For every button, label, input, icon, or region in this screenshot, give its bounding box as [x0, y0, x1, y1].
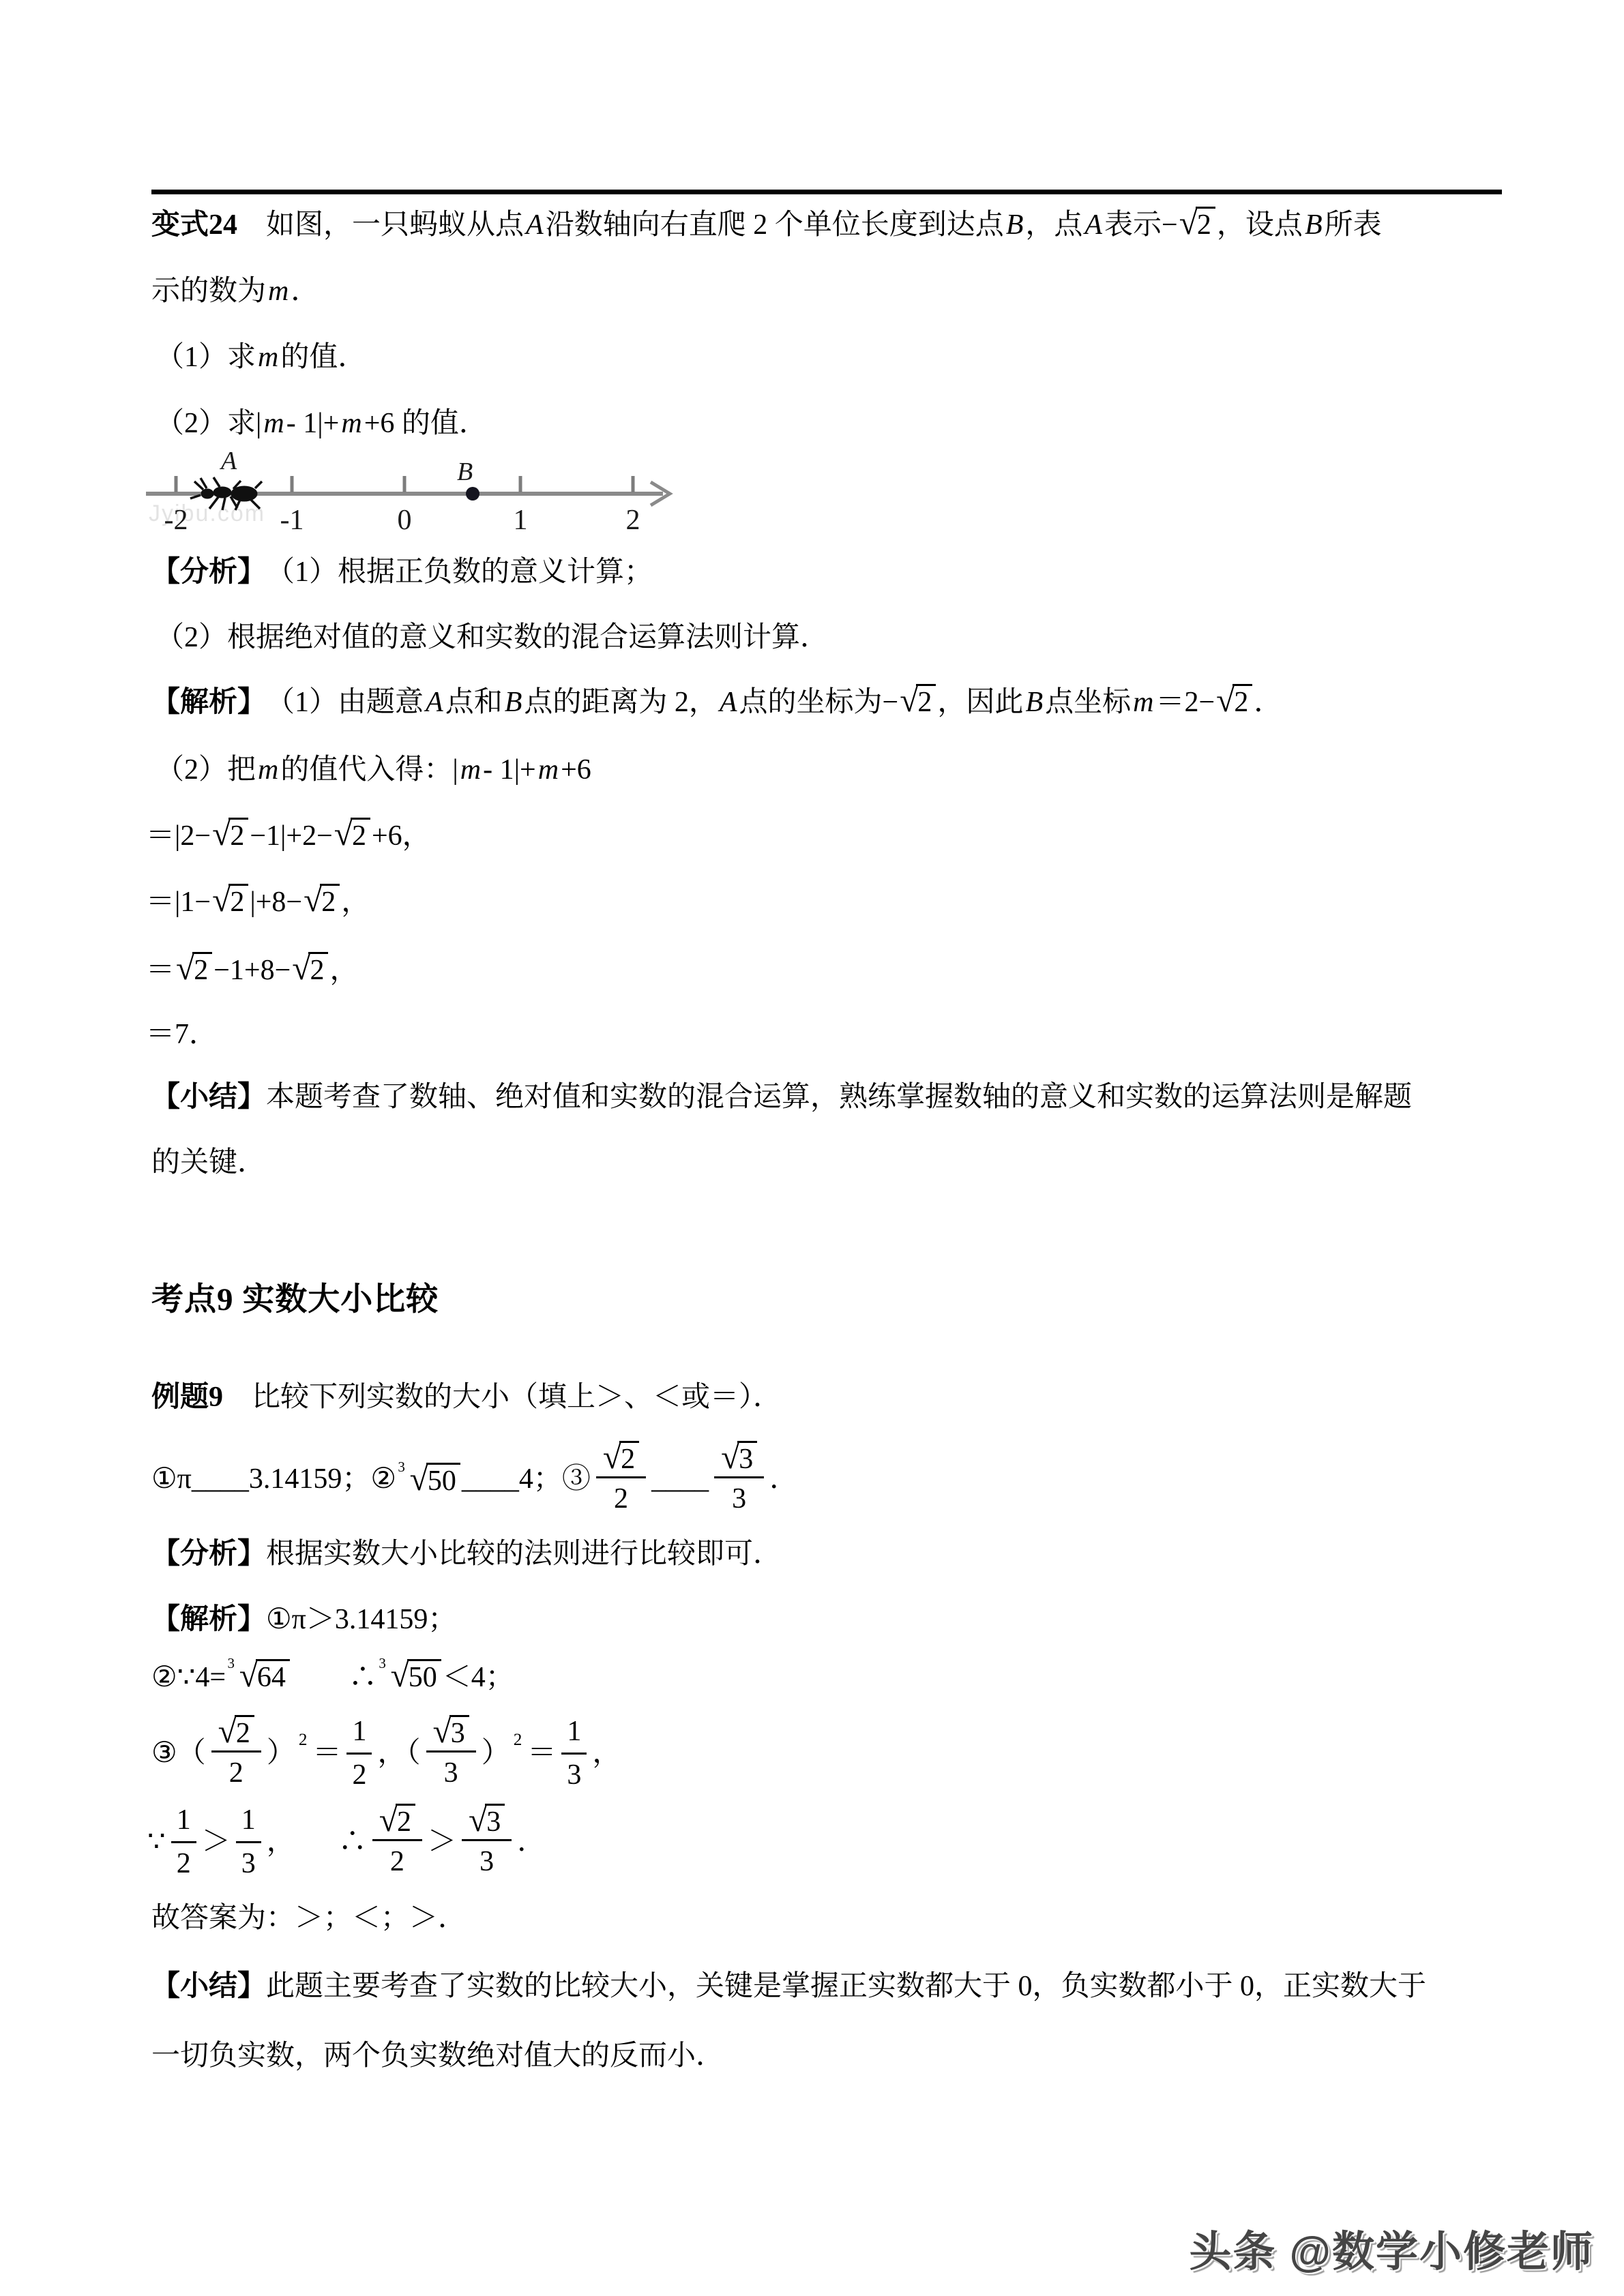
radicand: 2 [308, 952, 328, 985]
radicand: 2 [396, 1804, 415, 1837]
radical-sign: √ [334, 817, 353, 851]
cbrt-index: 3 [227, 1656, 235, 1671]
fraction: 12 [346, 1713, 372, 1793]
bold-text: 【分析】 [151, 1536, 266, 1573]
sqrt-expression: √3 [721, 1440, 757, 1474]
document-page: 变式24 如图，一只蚂蚁从点 A 沿数轴向右直爬 2 个单位长度到达点 B，点 … [0, 0, 1624, 2296]
example-9-statement: 例题9 比较下列实数的大小（填上＞、＜或＝）． [151, 1379, 782, 1416]
denominator: 2 [352, 1755, 366, 1794]
section-heading: 考点9 实数大小比较 [151, 1279, 439, 1321]
fraction: √33 [426, 1714, 476, 1792]
sqrt-expression: √3 [433, 1714, 469, 1748]
solution-9-part3b: ∵12＞13， ∴√22＞√33． [147, 1802, 546, 1882]
sqrt-expression: √2 [176, 951, 212, 985]
example-9-problems: ①π____3.14159；②3√50____4；③√22____√33． [151, 1440, 798, 1518]
bold-text: 例题9 [151, 1379, 223, 1416]
question-1: （1）求 m 的值． [156, 339, 366, 376]
radical-sign: √ [304, 883, 322, 917]
radicand: 2 [619, 1441, 639, 1474]
radicand: 2 [1196, 207, 1215, 240]
numerator: 1 [236, 1802, 261, 1843]
bold-text: 【小结】 [151, 1079, 266, 1116]
summary-line-1: 【小结】本题考查了数轴、绝对值和实数的混合运算，熟练掌握数轴的意义和实数的运算法… [151, 1079, 1412, 1116]
cbrt-expression: 3√50 [379, 1658, 441, 1693]
fraction: 13 [236, 1802, 261, 1882]
summary-9-line-1: 【小结】此题主要考查了实数的比较大小，关键是掌握正实数都大于 0，负实数都小于 … [151, 1968, 1426, 2006]
sqrt-expression: √2 [304, 883, 340, 917]
tick-label: 2 [626, 505, 640, 536]
radicand: 2 [916, 684, 936, 717]
numerator: 1 [171, 1802, 196, 1843]
radical-sign: √ [603, 1440, 621, 1474]
denominator: 3 [732, 1478, 746, 1518]
sqrt-expression: √2 [212, 883, 248, 917]
radical-sign: √ [469, 1803, 487, 1837]
analysis-9: 【分析】根据实数大小比较的法则进行比较即可． [151, 1536, 782, 1573]
sqrt-expression: √2 [334, 817, 370, 851]
superscript: 2 [299, 1713, 308, 1752]
radicand: 3 [449, 1715, 469, 1748]
radical-sign: √ [721, 1440, 739, 1474]
calc-result: ＝7． [146, 1016, 218, 1054]
fraction: 13 [561, 1713, 587, 1793]
radical-sign: √ [239, 1658, 258, 1693]
denominator: 2 [390, 1841, 404, 1881]
italic-variable: m [266, 273, 291, 310]
radicand: 50 [407, 1659, 441, 1693]
denominator: 2 [614, 1478, 628, 1518]
fraction: √33 [462, 1803, 512, 1881]
numerator: 1 [561, 1713, 587, 1755]
sqrt-expression: √2 [900, 683, 936, 717]
italic-variable: B [1303, 207, 1325, 244]
solution-9-part3a: ③（√22）2＝12，（√33）2＝13， [151, 1713, 621, 1793]
analysis-line-1: 【分析】（1）根据正负数的意义计算； [151, 554, 653, 591]
point-b-dot [466, 487, 479, 501]
denominator: 3 [567, 1755, 581, 1794]
cbrt-expression: 3√50 [398, 1462, 460, 1496]
tick-label: 1 [514, 505, 528, 536]
numerator: √3 [714, 1440, 764, 1478]
question-2: （2）求|m - 1|+m+6 的值． [156, 405, 488, 443]
radicand: 2 [320, 884, 340, 917]
sqrt-expression: √2 [1179, 206, 1215, 240]
radicand: 3 [485, 1804, 505, 1837]
solution-9-part1: 【解析】①π＞3.14159； [151, 1601, 456, 1639]
radical-sign: √ [176, 951, 194, 985]
fraction: √22 [211, 1714, 261, 1792]
numerator: √3 [426, 1714, 476, 1753]
radical-sign: √ [900, 683, 918, 717]
top-rule [151, 190, 1502, 194]
sqrt-expression: √2 [218, 1714, 254, 1748]
tick-label: -2 [164, 505, 188, 536]
number-line-figure: Jyibu.com -2 -1 0 1 2 A B [145, 445, 690, 543]
radicand: 2 [1232, 684, 1252, 717]
radical-sign: √ [391, 1658, 409, 1693]
italic-variable: A [524, 207, 546, 244]
numerator: √2 [596, 1440, 646, 1478]
numerator: √2 [211, 1714, 261, 1753]
fraction: √22 [372, 1803, 422, 1881]
fraction: √22 [596, 1440, 646, 1518]
summary-line-2: 的关键． [151, 1144, 266, 1182]
radical-sign: √ [212, 817, 231, 851]
radicand: 2 [228, 884, 248, 917]
sqrt-expression: √2 [212, 817, 248, 851]
solution-line-2: （2）把 m 的值代入得：|m - 1|+m+6 [156, 751, 591, 789]
radical-sign: √ [212, 883, 231, 917]
sqrt-expression: √2 [292, 951, 328, 985]
numerator: 1 [346, 1713, 372, 1755]
tick-label: -1 [280, 505, 304, 536]
bold-text: 【解析】 [151, 1601, 266, 1639]
italic-variable: m [536, 751, 561, 789]
radical-sign: √ [379, 1803, 398, 1837]
cbrt-expression: 3√64 [227, 1658, 290, 1693]
calc-step-3: ＝√2−1+8−√2， [146, 951, 359, 989]
solution-line-1: 【解析】（1）由题意 A 点和 B 点的距离为 2，A 点的坐标为−√2，因此 … [151, 683, 1282, 721]
italic-variable: m [1131, 684, 1155, 721]
radical-sign: √ [433, 1714, 452, 1748]
numerator: √3 [462, 1803, 512, 1841]
analysis-line-2: （2）根据绝对值的意义和实数的混合运算法则计算． [156, 619, 829, 657]
fraction: 12 [171, 1802, 196, 1882]
italic-variable: m [261, 405, 286, 443]
radical-sign: √ [410, 1462, 428, 1496]
bold-text: 变式24 [151, 207, 237, 244]
cbrt-index: 3 [379, 1656, 386, 1671]
italic-variable: m [256, 751, 280, 789]
italic-variable: B [1023, 684, 1045, 721]
italic-variable: B [1004, 207, 1026, 244]
radicand: 2 [192, 952, 212, 985]
radical-sign: √ [1179, 206, 1198, 240]
radicand: 2 [235, 1715, 254, 1748]
watermark-footer: 头条 @数学小修老师 [1189, 2218, 1594, 2278]
sqrt-expression: √2 [379, 1803, 415, 1837]
radicand: 3 [737, 1441, 757, 1474]
radicand: 2 [351, 818, 370, 851]
denominator: 2 [229, 1753, 243, 1792]
fraction: √33 [714, 1440, 764, 1518]
italic-variable: m [256, 339, 280, 376]
italic-variable: A [1082, 207, 1104, 244]
italic-variable: A [424, 684, 445, 721]
numerator: √2 [372, 1803, 422, 1841]
radicand: 2 [228, 818, 248, 851]
problem-24-statement-1: 变式24 如图，一只蚂蚁从点 A 沿数轴向右直爬 2 个单位长度到达点 B，点 … [151, 206, 1382, 244]
cbrt-index: 3 [398, 1460, 405, 1474]
italic-variable: B [503, 684, 525, 721]
radicand: 64 [256, 1659, 290, 1693]
point-a-label: A [219, 447, 237, 475]
superscript: 2 [514, 1713, 522, 1752]
tick-label: 0 [398, 505, 412, 536]
denominator: 3 [444, 1753, 458, 1792]
calc-step-1: ＝|2−√2−1|+2−√2+6， [146, 817, 431, 855]
problem-24-statement-2: 示的数为 m． [151, 273, 319, 310]
point-b-label: B [457, 458, 473, 486]
denominator: 3 [241, 1843, 256, 1883]
solution-9-part2: ②∵4= 3√64 ∴3√50 ＜4； [151, 1658, 514, 1697]
denominator: 3 [479, 1841, 494, 1881]
radical-sign: √ [1216, 683, 1235, 717]
sqrt-expression: √3 [469, 1803, 505, 1837]
bold-text: 【分析】 [151, 554, 266, 591]
summary-9-line-2: 一切负实数，两个负实数绝对值大的反而小． [151, 2038, 724, 2075]
calc-step-2: ＝|1−√2|+8−√2， [146, 883, 370, 921]
answers-line: 故答案为：＞；＜；＞． [151, 1900, 467, 1937]
bold-text: 【解析】 [151, 684, 266, 721]
denominator: 2 [177, 1843, 191, 1883]
sqrt-expression: √2 [1216, 683, 1252, 717]
italic-variable: m [458, 751, 483, 789]
sqrt-expression: √2 [603, 1440, 639, 1474]
radical-sign: √ [218, 1714, 237, 1748]
radicand: 50 [426, 1463, 460, 1496]
italic-variable: m [339, 405, 364, 443]
radical-sign: √ [292, 951, 310, 985]
bold-text: 【小结】 [151, 1968, 266, 2006]
italic-variable: A [718, 684, 739, 721]
